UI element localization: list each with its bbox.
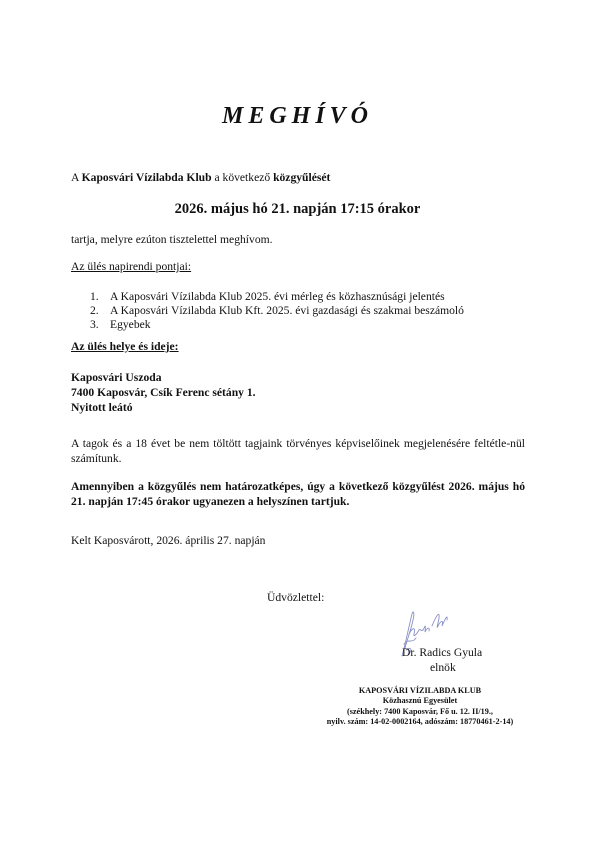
place-address: 7400 Kaposvár, Csík Ferenc sétány 1. xyxy=(71,385,256,400)
signatory-name: Dr. Radics Gyula xyxy=(402,646,482,659)
club-name: Kaposvári Vízilabda Klub xyxy=(82,171,212,184)
place-details: Kaposvári Uszoda 7400 Kaposvár, Csík Fer… xyxy=(71,370,256,415)
signatory-role: elnök xyxy=(430,661,456,674)
agenda-item: 2.A Kaposvári Vízilabda Klub Kft. 2025. … xyxy=(90,304,464,318)
footer-org-type: Közhasznú Egyesület xyxy=(300,696,540,706)
document-title: MEGHÍVÓ xyxy=(0,103,595,130)
greeting: Üdvözlettel: xyxy=(267,591,324,604)
intro-middle: a következő xyxy=(212,171,273,184)
footer-registration: nyilv. szám: 14-02-0002164, adószám: 187… xyxy=(300,717,540,727)
agenda-list: 1.A Kaposvári Vízilabda Klub 2025. évi m… xyxy=(90,290,464,332)
attendance-paragraph: A tagok és a 18 évet be nem töltött tagj… xyxy=(71,436,525,466)
agenda-item: 3.Egyebek xyxy=(90,318,464,332)
organization-footer: KAPOSVÁRI VÍZILABDA KLUB Közhasznú Egyes… xyxy=(300,686,540,728)
footer-org-name: KAPOSVÁRI VÍZILABDA KLUB xyxy=(300,686,540,696)
place-venue: Kaposvári Uszoda xyxy=(71,370,256,385)
meeting-datetime: 2026. május hó 21. napján 17:15 órakor xyxy=(0,201,595,218)
invite-line: tartja, melyre ezúton tisztelettel meghí… xyxy=(71,233,273,246)
footer-address: (székhely: 7400 Kaposvár, Fő u. 12. II/1… xyxy=(300,707,540,717)
agenda-item: 1.A Kaposvári Vízilabda Klub 2025. évi m… xyxy=(90,290,464,304)
quorum-paragraph: Amennyiben a közgyűlés nem határozatképe… xyxy=(71,479,525,509)
place-heading: Az ülés helye és ideje: xyxy=(71,340,179,353)
event-name: közgyűlését xyxy=(273,171,330,184)
intro-prefix: A xyxy=(71,171,82,184)
agenda-heading: Az ülés napirendi pontjai: xyxy=(71,260,191,273)
intro-line: A Kaposvári Vízilabda Klub a következő k… xyxy=(71,171,330,184)
date-place-line: Kelt Kaposvárott, 2026. április 27. napj… xyxy=(71,534,265,547)
place-area: Nyitott leátó xyxy=(71,400,256,415)
